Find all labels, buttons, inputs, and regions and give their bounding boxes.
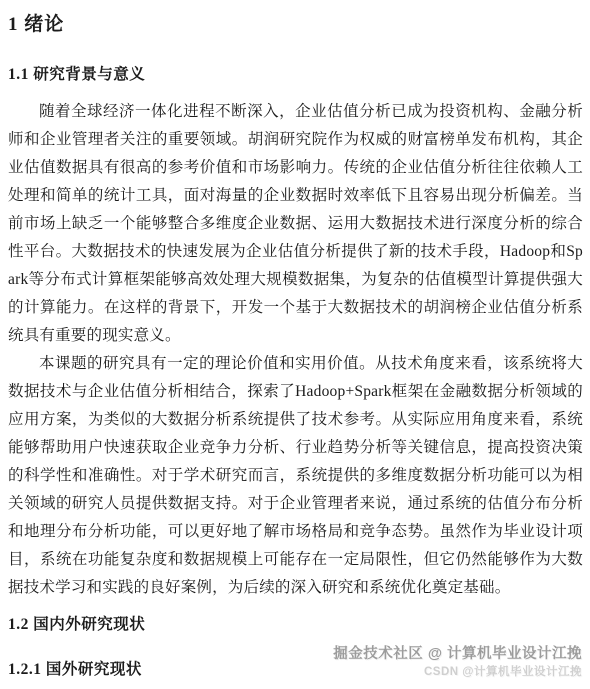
- watermark-csdn-line: CSDN @计算机毕业设计江挽: [333, 665, 582, 679]
- watermark-juejin-line: 掘金技术社区 @ 计算机毕业设计江挽: [333, 645, 582, 663]
- section-1-1-body: 随着全球经济一体化进程不断深入，企业估值分析已成为投资机构、金融分析师和企业管理…: [8, 98, 583, 602]
- watermark: 掘金技术社区 @ 计算机毕业设计江挽 CSDN @计算机毕业设计江挽: [333, 645, 582, 679]
- chapter-heading: 1 绪论: [8, 13, 583, 37]
- paragraph-background: 随着全球经济一体化进程不断深入，企业估值分析已成为投资机构、金融分析师和企业管理…: [8, 98, 583, 350]
- section-heading-1-1: 1.1 研究背景与意义: [8, 65, 583, 85]
- section-heading-1-2: 1.2 国内外研究现状: [8, 615, 583, 635]
- document-page: 1 绪论 1.1 研究背景与意义 随着全球经济一体化进程不断深入，企业估值分析已…: [0, 0, 590, 689]
- paragraph-significance: 本课题的研究具有一定的理论价值和实用价值。从技术角度来看，该系统将大数据技术与企…: [8, 350, 583, 602]
